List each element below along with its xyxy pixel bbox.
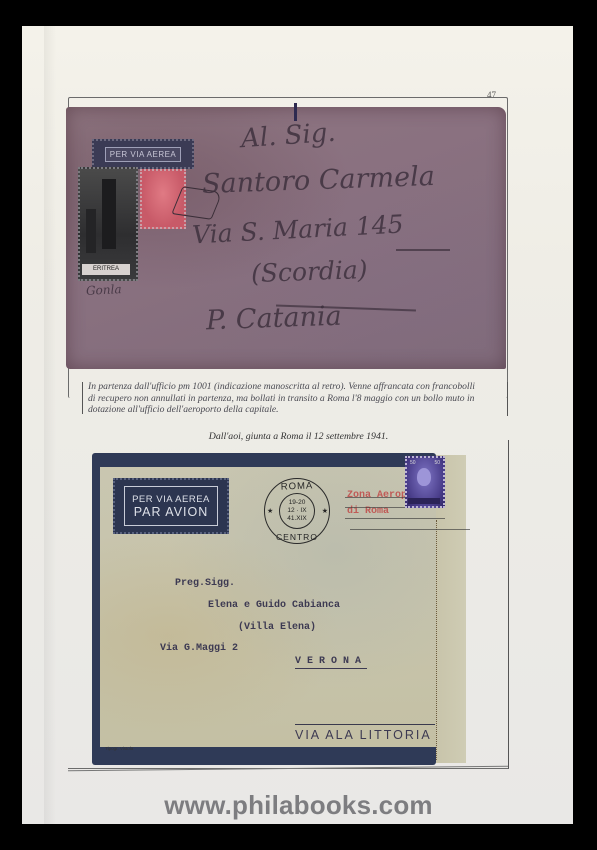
address-line: P. Catania — [206, 301, 343, 337]
cover-1-envelope: PER VIA AEREA ERITREA Al. Sig. Santoro C… — [66, 107, 506, 369]
machine-cancel-line — [345, 518, 445, 519]
stamp-violet: 50 50 — [405, 456, 445, 508]
postmark-date-block: 19-20 12 · IX 41.XIX — [279, 493, 315, 529]
routing-label: VIA ALA LITTORIA — [295, 724, 435, 742]
address-street: Via G.Maggi 2 — [160, 643, 238, 654]
caption-rule — [82, 382, 83, 414]
frame-rule — [507, 382, 508, 416]
page-fold-shadow — [44, 26, 56, 824]
cachet-line: Zona Aerop. — [347, 488, 413, 504]
ink-mark — [294, 103, 297, 121]
cover-1-caption: In partenza dall'ufficio pm 1001 (indica… — [88, 381, 480, 416]
printer-mark: Tipogr. Vistola — [105, 746, 133, 751]
red-transit-cachet: Zona Aerop. di Roma — [347, 488, 413, 520]
airmail-label: PER VIA AEREA — [92, 139, 194, 169]
address-city: VERONA — [295, 656, 367, 669]
postmark-date: 12 · IX — [287, 507, 306, 515]
flap-seam — [436, 520, 437, 760]
airmail-label-line-2: PAR AVION — [134, 505, 209, 519]
address-line: Santoro Carmela — [202, 161, 436, 200]
machine-cancel-line — [350, 529, 470, 530]
address-name: Elena e Guido Cabianca — [208, 600, 340, 611]
address-salutation: Preg.Sigg. — [175, 578, 235, 589]
airmail-label-text: PER VIA AEREA — [105, 147, 182, 162]
stamp-portrait — [417, 468, 431, 486]
stamp-value: 50 — [434, 460, 440, 466]
postmark-office: CENTRO — [273, 532, 321, 542]
star-icon: ★ — [322, 507, 328, 515]
postmark-time: 19-20 — [289, 499, 306, 507]
underline — [396, 249, 450, 251]
stamp-band — [408, 498, 440, 504]
address-line: Via S. Maria 145 — [191, 209, 404, 249]
sender-signature: Gonla — [86, 282, 122, 298]
postmark-city: ROMA — [275, 480, 319, 493]
stamp-tower-image — [86, 209, 96, 253]
address-house: (Villa Elena) — [238, 622, 316, 633]
airmail-label-line-1: PER VIA AEREA — [132, 494, 210, 505]
address-line: Al. Sig. — [240, 118, 337, 155]
watermark: www.philabooks.com — [0, 790, 597, 821]
stamp-tower-image — [102, 179, 116, 249]
stamp-value: 50 — [410, 460, 416, 466]
stamp-eritrea: ERITREA — [78, 167, 138, 281]
roma-postmark: ROMA ★ ★ 19-20 12 · IX 41.XIX CENTRO — [264, 478, 330, 544]
address-line: (Scordia) — [251, 255, 368, 288]
postmark-year: 41.XIX — [287, 515, 307, 523]
star-icon: ★ — [267, 507, 273, 515]
airmail-label-box: PER VIA AEREA PAR AVION — [124, 486, 218, 526]
stamp-country-label: ERITREA — [82, 264, 130, 275]
airmail-label: PER VIA AEREA PAR AVION — [113, 478, 229, 534]
